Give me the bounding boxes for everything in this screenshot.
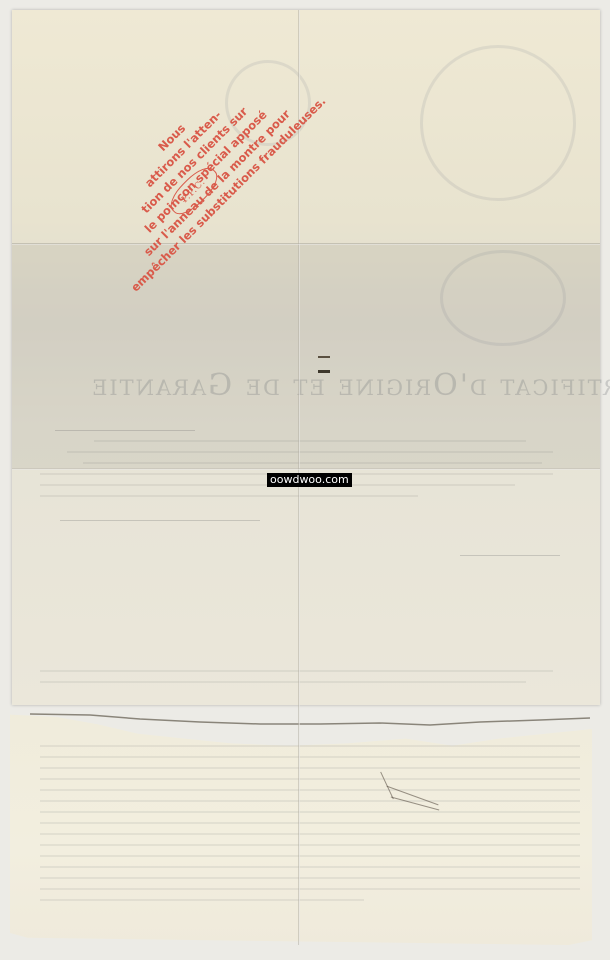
show-through-rule	[55, 430, 195, 431]
show-through-text-lower	[40, 670, 580, 692]
red-notice-text: Nous attirons l'atten- tion de nos clien…	[28, 40, 328, 270]
show-through-rule	[60, 520, 260, 521]
fold-line-horizontal	[12, 468, 600, 470]
show-through-fine-print	[40, 745, 580, 910]
show-through-title: Certificat d'Origine et de Garantie	[90, 368, 610, 403]
show-through-rule	[460, 555, 560, 556]
show-through-medallion	[420, 45, 576, 201]
show-through-seal	[440, 250, 566, 346]
watermark-label: oowdwoo.com	[267, 473, 352, 487]
staple-mark	[318, 356, 330, 373]
torn-edge	[30, 712, 590, 726]
